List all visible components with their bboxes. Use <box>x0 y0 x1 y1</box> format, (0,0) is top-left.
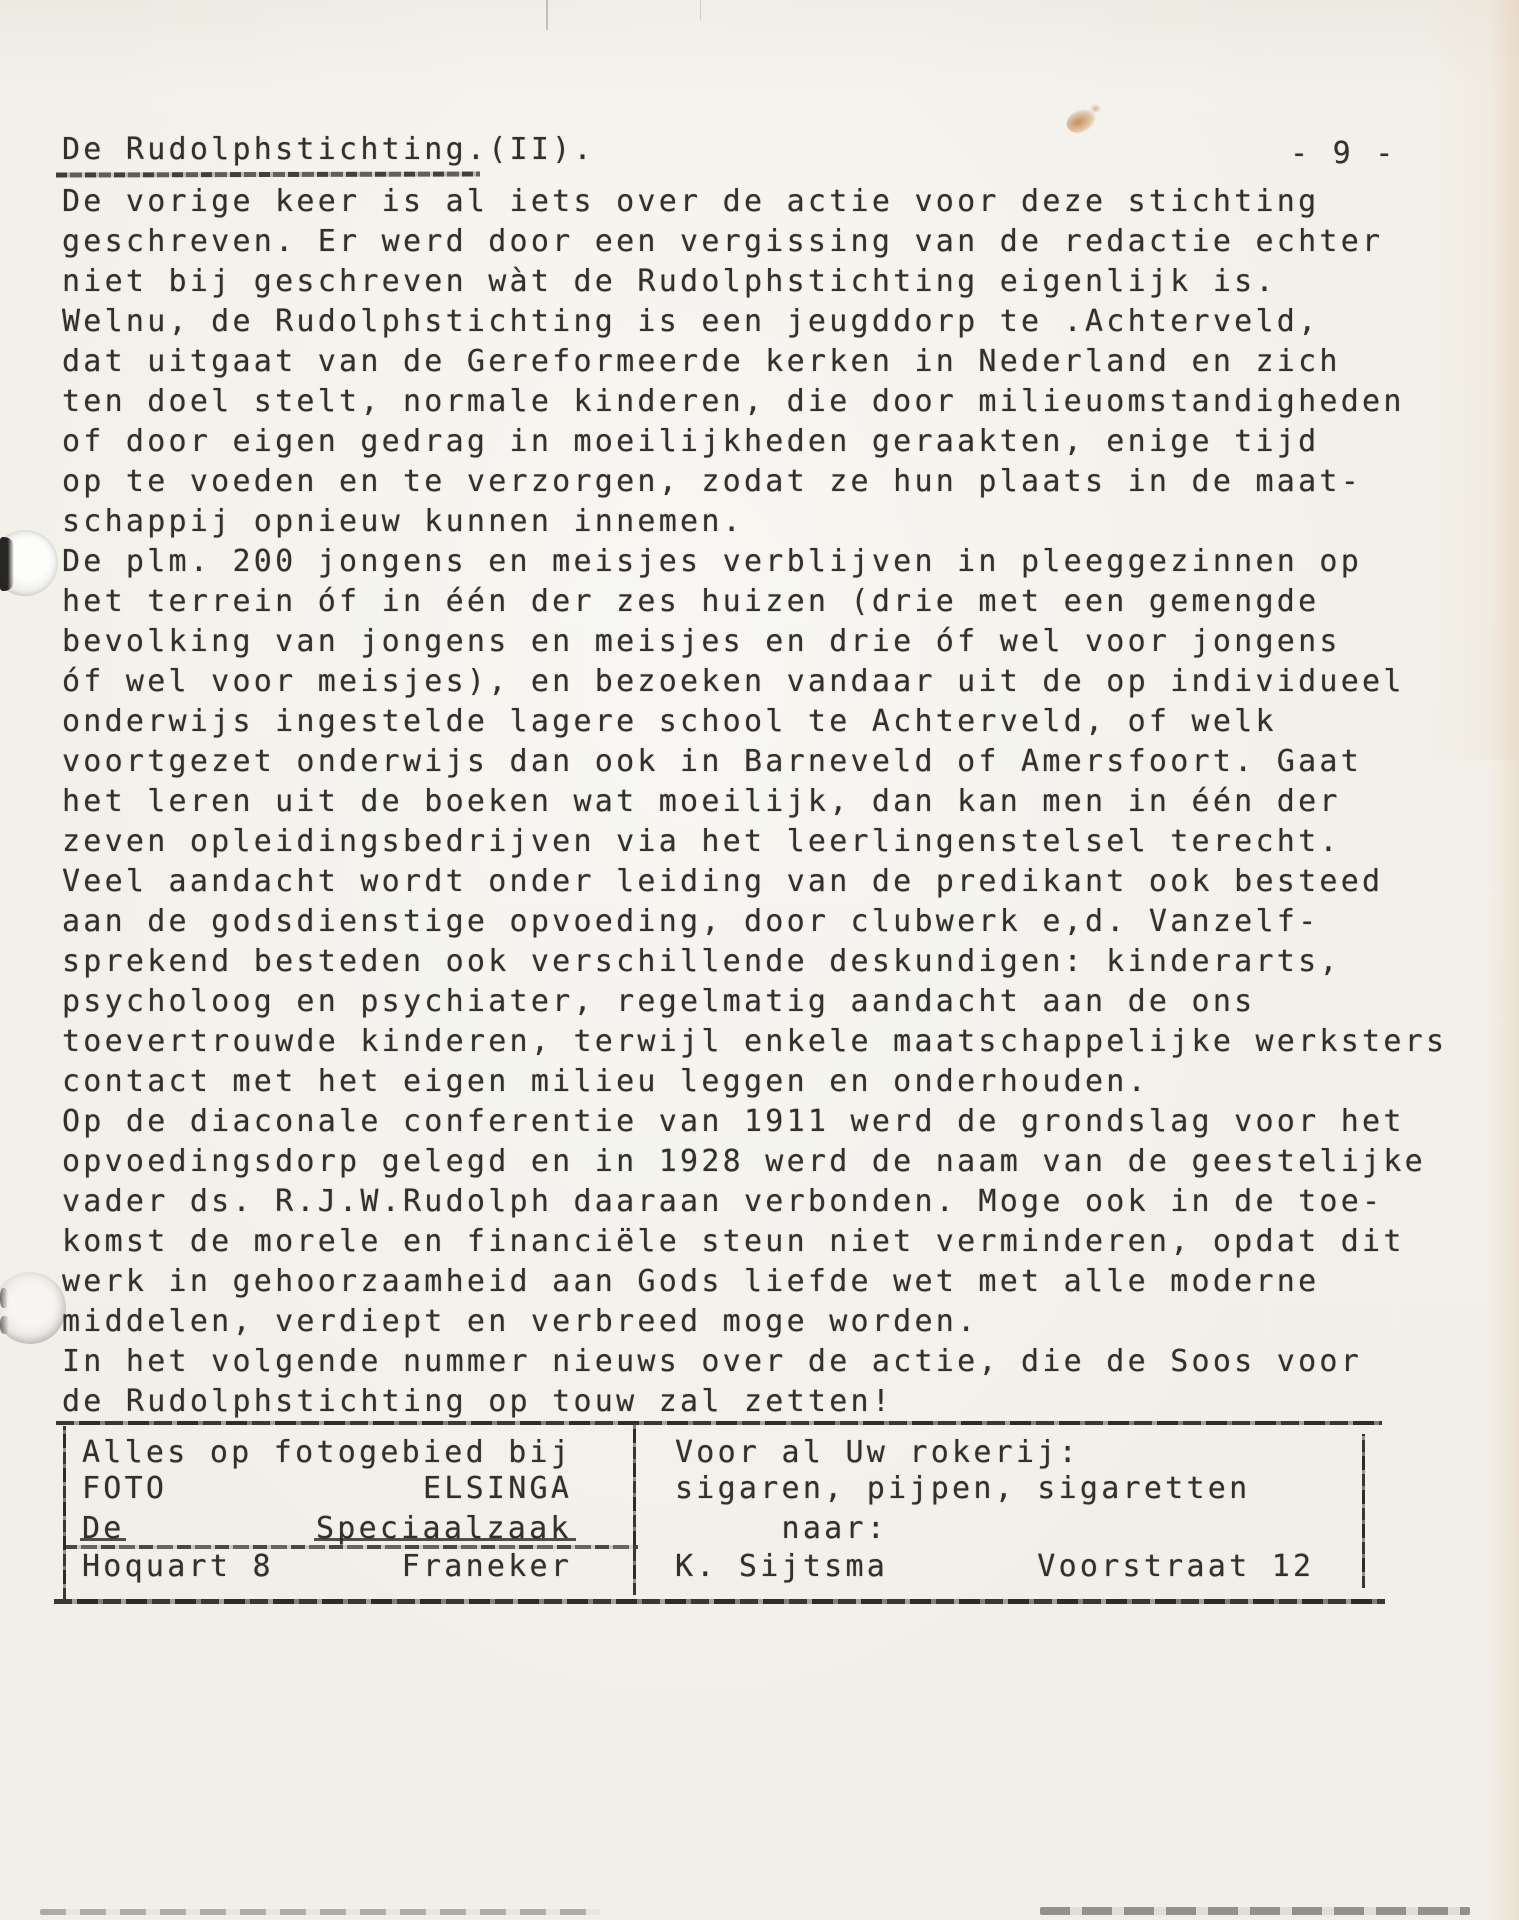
ad-tobacco-line3: naar: <box>675 1510 888 1548</box>
paper-crease <box>546 0 548 30</box>
body-line: Veel aandacht wordt onder leiding van de… <box>62 862 1447 902</box>
ad-photo-line4: Hoquart 8 Franeker <box>82 1548 572 1586</box>
ad-word-underline <box>80 1538 126 1541</box>
scanner-edge-mark <box>1040 1907 1470 1915</box>
ad-tobacco-line4: K. Sijtsma Voorstraat 12 <box>675 1548 1314 1586</box>
body-line: psycholoog en psychiater, regelmatig aan… <box>62 982 1447 1022</box>
body-line: ten doel stelt, normale kinderen, die do… <box>62 382 1447 422</box>
page-number: - 9 - <box>1290 134 1397 174</box>
body-line: sprekend besteden ook verschillende desk… <box>62 942 1447 982</box>
body-line: Op de diaconale conferentie van 1911 wer… <box>62 1102 1447 1142</box>
body-line: aan de godsdienstige opvoeding, door clu… <box>62 902 1447 942</box>
body-line: op te voeden en te verzorgen, zodat ze h… <box>62 462 1447 502</box>
body-line: komst de morele en financiële steun niet… <box>62 1222 1447 1262</box>
article-title: De Rudolphstichting.(II). <box>62 130 595 170</box>
ad-tobacco-line1: Voor al Uw rokerij: <box>675 1434 1080 1472</box>
ad-box-right-border <box>1362 1434 1365 1588</box>
ad-box-left-border <box>63 1426 66 1600</box>
body-line: het terrein óf in één der zes huizen (dr… <box>62 582 1447 622</box>
ad-photo-line3-word1: De <box>82 1510 125 1548</box>
scanned-page: - 9 - De Rudolphstichting.(II). De vorig… <box>0 0 1519 1920</box>
ad-word-underline <box>314 1538 576 1541</box>
body-line: De vorige keer is al iets over de actie … <box>62 182 1447 222</box>
body-line: schappij opnieuw kunnen innemen. <box>62 502 1447 542</box>
ad-photo-line1: Alles op fotogebied bij <box>82 1434 572 1472</box>
body-line: dat uitgaat van de Gereformeerde kerken … <box>62 342 1447 382</box>
ad-box-divider <box>633 1423 636 1595</box>
hole-punch <box>0 1272 66 1344</box>
hole-punch-shadow <box>0 537 14 591</box>
rust-stain <box>1090 104 1101 113</box>
paper-crease <box>700 0 701 20</box>
ad-box-top-border <box>56 1421 1382 1425</box>
body-line: voortgezet onderwijs dan ook in Barnevel… <box>62 742 1447 782</box>
body-line: de Rudolphstichting op touw zal zetten! <box>62 1382 1447 1422</box>
hole-punch-shadow <box>0 1288 8 1308</box>
ad-box-bottom-border <box>54 1599 1385 1604</box>
scanner-edge-mark <box>40 1909 600 1915</box>
ad-photo-line2: FOTO ELSINGA <box>82 1470 572 1508</box>
title-underline <box>56 171 480 177</box>
body-line: In het volgende nummer nieuws over de ac… <box>62 1342 1447 1382</box>
body-line: toevertrouwde kinderen, terwijl enkele m… <box>62 1022 1447 1062</box>
ad-tobacco-line2: sigaren, pijpen, sigaretten <box>675 1470 1250 1508</box>
body-line: het leren uit de boeken wat moeilijk, da… <box>62 782 1447 822</box>
hole-punch-shadow <box>0 1316 9 1334</box>
body-line: De plm. 200 jongens en meisjes verblijve… <box>62 542 1447 582</box>
body-line: middelen, verdiept en verbreed moge word… <box>62 1302 1447 1342</box>
body-line: of door eigen gedrag in moeilijkheden ge… <box>62 422 1447 462</box>
body-line: bevolking van jongens en meisjes en drie… <box>62 622 1447 662</box>
body-line: geschreven. Er werd door een vergissing … <box>62 222 1447 262</box>
body-line: opvoedingsdorp gelegd en in 1928 werd de… <box>62 1142 1447 1182</box>
body-line: contact met het eigen milieu leggen en o… <box>62 1062 1447 1102</box>
body-line: Welnu, de Rudolphstichting is een jeugdd… <box>62 302 1447 342</box>
ad-photo-line3-word2: Speciaalzaak <box>316 1510 572 1548</box>
body-line: werk in gehoorzaamheid aan Gods liefde w… <box>62 1262 1447 1302</box>
body-line: vader ds. R.J.W.Rudolph daaraan verbonde… <box>62 1182 1447 1222</box>
article-body: De vorige keer is al iets over de actie … <box>62 182 1447 1422</box>
scan-edge-tint <box>1488 0 1519 1920</box>
body-line: niet bij geschreven wàt de Rudolphsticht… <box>62 262 1447 302</box>
body-line: onderwijs ingestelde lagere school te Ac… <box>62 702 1447 742</box>
body-line: zeven opleidingsbedrijven via het leerli… <box>62 822 1447 862</box>
body-line: óf wel voor meisjes), en bezoeken vandaa… <box>62 662 1447 702</box>
